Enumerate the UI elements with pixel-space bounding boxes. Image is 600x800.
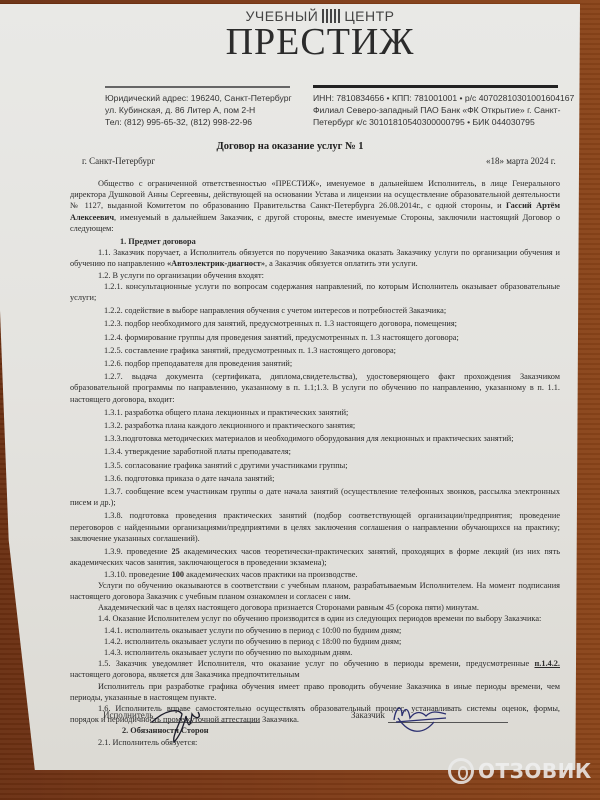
executor-signature-icon	[150, 700, 220, 745]
address-line: Тел: (812) 995-65-32, (812) 998-22-96	[105, 116, 292, 128]
legal-address-block: Юридический адрес: 196240, Санкт-Петербу…	[105, 92, 292, 128]
clause-item: 1.2.7. выдача документа (сертификата, ди…	[70, 371, 560, 405]
clause-1-4: 1.4. Оказание Исполнителем услуг по обуч…	[70, 613, 560, 624]
bank-line: Филиал Северо-западный ПАО Банк «ФК Откр…	[313, 104, 574, 116]
address-line: Юридический адрес: 196240, Санкт-Петербу…	[105, 92, 292, 104]
clause-item: 1.3.7. сообщение всем участникам группы …	[70, 486, 560, 508]
otzovik-logo-icon	[448, 758, 474, 784]
document-title: Договор на оказание услуг № 1	[0, 141, 580, 152]
document-city: г. Санкт-Петербург	[82, 156, 155, 166]
clause-item: 1.2.4. формирование группы для проведени…	[70, 332, 560, 343]
logo-title: ПРЕСТИЖ	[220, 24, 420, 60]
course-name: «Автоэлектрик-диагност»	[167, 259, 265, 268]
customer-signature-icon	[390, 700, 460, 740]
clause-item: 1.2.2. содействие в выборе направления о…	[70, 305, 560, 316]
header-divider-right	[313, 85, 558, 88]
bank-line: Петербург к/с 30101810540300000795 • БИК…	[313, 116, 574, 128]
clause-item: 1.3.5. согласование графика занятий с др…	[70, 460, 560, 471]
clause-item: 1.4.3. исполнитель оказывает услуги по о…	[70, 647, 560, 658]
clause-1-3-9: 1.3.9. проведение 25 академических часов…	[70, 546, 560, 568]
header-divider-left	[105, 86, 290, 88]
clause-1-5: 1.5. Заказчик уведомляет Исполнителя, чт…	[70, 658, 560, 680]
clause-item: 1.2.5. составление графика занятий, пред…	[70, 345, 560, 356]
clause-item: 1.3.2. разработка плана каждого лекционн…	[70, 420, 560, 431]
clause-1-1: 1.1. Заказчик поручает, а Исполнитель об…	[70, 247, 560, 269]
clause-item: 1.3.1. разработка общего плана лекционны…	[70, 407, 560, 418]
clause-academic-hour: Академический час в целях настоящего дог…	[70, 602, 560, 613]
clause-1-3-10: 1.3.10. проведение 100 академических час…	[70, 569, 560, 580]
section-1-heading: 1. Предмет договора	[120, 236, 560, 247]
clause-2-1: 2.1. Исполнитель обязуется:	[70, 737, 560, 748]
preamble: Общество с ограниченной ответственностью…	[70, 178, 560, 234]
clause-item: 1.3.4. утверждение заработной платы преп…	[70, 446, 560, 457]
contract-body: Общество с ограниченной ответственностью…	[70, 178, 560, 748]
clause-item: 1.4.2. исполнитель оказывает услуги по о…	[70, 636, 560, 647]
clause-1-2: 1.2. В услуги по организации обучения вх…	[70, 270, 560, 281]
clause-item: 1.3.3.подготовка методических материалов…	[70, 433, 560, 444]
customer-signature-label: Заказчик	[351, 710, 385, 720]
company-logo: УЧЕБНЫЙ ЦЕНТР ПРЕСТИЖ	[220, 8, 420, 60]
otzovik-watermark: ОТЗОВИК	[448, 758, 592, 784]
clause-schedule: Исполнитель при разработке графика обуче…	[70, 681, 560, 703]
clause-item: 1.3.8. подготовка проведения практически…	[70, 510, 560, 544]
contract-document: УЧЕБНЫЙ ЦЕНТР ПРЕСТИЖ Юридический адрес:…	[0, 0, 580, 770]
executor-signature-label: Исполнитель	[103, 710, 153, 720]
bank-details-block: ИНН: 7810834656 • КПП: 781001001 • р/с 4…	[313, 92, 574, 128]
bank-line: ИНН: 7810834656 • КПП: 781001001 • р/с 4…	[313, 92, 574, 104]
clause-item: 1.2.1. консультационные услуги по вопрос…	[70, 281, 560, 303]
clause-item: 1.2.6. подбор преподавателя для проведен…	[70, 358, 560, 369]
document-date: «18» марта 2024 г.	[486, 156, 556, 166]
clause-item: 1.4.1. исполнитель оказывает услуги по о…	[70, 625, 560, 636]
clause-item: 1.3.6. подготовка приказа о дате начала …	[70, 473, 560, 484]
watermark-text: ОТЗОВИК	[478, 759, 592, 783]
address-line: ул. Кубинская, д. 86 Литер А, пом 2-Н	[105, 104, 292, 116]
clause-study-plan: Услуги по обучению оказываются в соответ…	[70, 580, 560, 602]
clause-item: 1.2.3. подбор необходимого для занятий, …	[70, 318, 560, 329]
